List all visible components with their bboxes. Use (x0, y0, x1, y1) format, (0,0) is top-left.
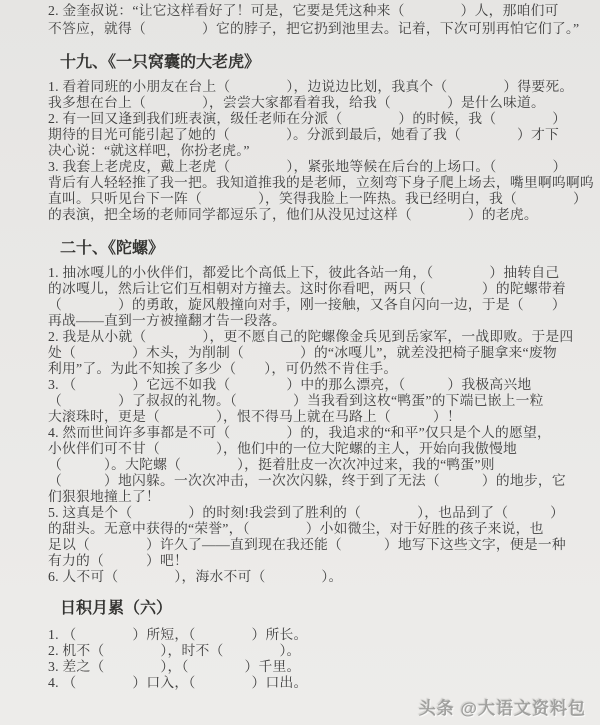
text-line: 3. （ ）它远不如我（ ）中的那么漂亮，（ ）我极高兴地 (48, 377, 575, 393)
intro-paragraph: 2. 金奎叔说：“让它这样看好了！可是，它要是凭这种来（ ）人，那咱们可 不答应… (48, 2, 575, 38)
text-line: 背后有人轻轻推了我一把。我知道推我的是老师，立刻弯下身子爬上场去，嘴里啊呜啊呜 (48, 175, 575, 191)
section-title-daily-accumulation: 日积月累（六） (60, 599, 575, 619)
text-line: （ ）地闪躲。一次次冲击，一次次闪躲，终于到了无法（ ）的地步，它 (48, 473, 575, 489)
text-line: 有力的（ ）吧！ (48, 553, 575, 569)
text-line: 处（ ）木头，为削制（ ）的“冰嘎儿”，就差没把椅子腿拿来“废物 (48, 345, 575, 361)
text-line: 2. 机不（ ），时不（ ）。 (48, 643, 575, 659)
text-line: 利用”了。为此不知挨了多少（ ），可仍然不肯住手。 (48, 361, 575, 377)
text-line: 们狠狠地撞上了！ (48, 489, 575, 505)
text-line: 再战——直到一方被撞翻才告一段落。 (48, 313, 575, 329)
text-line: 4. 然而世间许多事都是不可（ ）的，我追求的“和平”仅只是个人的愿望， (48, 425, 575, 441)
text-line: 2. 我是从小就（ ），更不愿自己的陀螺像金兵见到岳家军，一战即败。于是四 (48, 329, 575, 345)
text-line: 3. 我套上老虎皮，戴上老虎（ ），紧张地等候在后台的上场口。（ ） (48, 159, 575, 175)
text-line: 2. 有一回又逢到我们班表演，级任老师在分派（ ）的时候，我（ ） (48, 111, 575, 127)
watermark: 头条 @大语文资料包 (419, 694, 586, 719)
text-line: 1. （ ）所短，（ ）所长。 (48, 627, 575, 643)
text-line: 4. （ ）口入，（ ）口出。 (48, 675, 575, 691)
text-line: （ ）的勇敢，旋风般撞向对手，刚一接触，又各自闪向一边，于是（ ） (48, 297, 575, 313)
section-nineteen: 1. 看着同班的小朋友在台上（ ），边说边比划，我真个（ ）得要死。 我多想在台… (48, 79, 575, 223)
text-line: 的冰嘎儿，然后让它们互相朝对方撞去。这时你看吧，两只（ ）的陀螺带着 (48, 281, 575, 297)
text-line: （ ）。大陀螺（ ），挺着肚皮一次次冲过来，我的“鸭蛋”则 (48, 457, 575, 473)
text-line: 决心说：“就这样吧，你扮老虎。” (48, 143, 575, 159)
text-line: 5. 这真是个（ ）的时刻!我尝到了胜利的（ ），也品到了（ ） (48, 505, 575, 521)
section-twenty: 1. 抽冰嘎儿的小伙伴们，都爱比个高低上下，彼此各站一角，（ ）抽转自己 的冰嘎… (48, 265, 575, 585)
text-line: 大滚珠时，更是（ ），恨不得马上就在马路上（ ）！ (48, 409, 575, 425)
text-line: 期待的目光可能引起了她的（ ）。分派到最后，她看了我（ ）才下 (48, 127, 575, 143)
text-line: 的甜头。无意中获得的“荣誉”，（ ）小如微尘，对于好胜的孩子来说，也 (48, 521, 575, 537)
text-line: 小伙伴们可不甘（ ），他们中的一位大陀螺的主人，开始向我傲慢地 (48, 441, 575, 457)
section-title-twenty: 二十、《陀螺》 (60, 239, 575, 259)
text-line: 3. 差之（ ），（ ）千里。 (48, 659, 575, 675)
section-title-nineteen: 十九、《一只窝囊的大老虎》 (60, 53, 575, 73)
text-line: （ ）了叔叔的礼物。（ ）当我看到这枚“鸭蛋”的下端已嵌上一粒 (48, 393, 575, 409)
text-line: 直叫。只听见台下一阵（ ），笑得我脸上一阵热。我已经明白，我（ ） (48, 191, 575, 207)
worksheet-page: 2. 金奎叔说：“让它这样看好了！可是，它要是凭这种来（ ）人，那咱们可 不答应… (48, 2, 575, 691)
section-daily-accumulation: 1. （ ）所短，（ ）所长。 2. 机不（ ），时不（ ）。 3. 差之（ ）… (48, 627, 575, 691)
text-line: 1. 抽冰嘎儿的小伙伴们，都爱比个高低上下，彼此各站一角，（ ）抽转自己 (48, 265, 575, 281)
text-line: 的表演，把全场的老师同学都逗乐了，他们从没见过这样（ ）的老虎。 (48, 207, 575, 223)
text-line: 我多想在台上（ ），尝尝大家都看着我，给我（ ）是什么味道。 (48, 95, 575, 111)
text-line: 6. 人不可（ ），海水不可（ ）。 (48, 569, 575, 585)
text-line: 1. 看着同班的小朋友在台上（ ），边说边比划，我真个（ ）得要死。 (48, 79, 575, 95)
text-line: 不答应，就得（ ）它的脖子，把它扔到池里去。记着，下次可别再怕它们了。” (48, 20, 575, 38)
text-line: 2. 金奎叔说：“让它这样看好了！可是，它要是凭这种来（ ）人，那咱们可 (48, 2, 575, 20)
text-line: 足以（ ）许久了——直到现在我还能（ ）地写下这些文字，便是一种 (48, 537, 575, 553)
